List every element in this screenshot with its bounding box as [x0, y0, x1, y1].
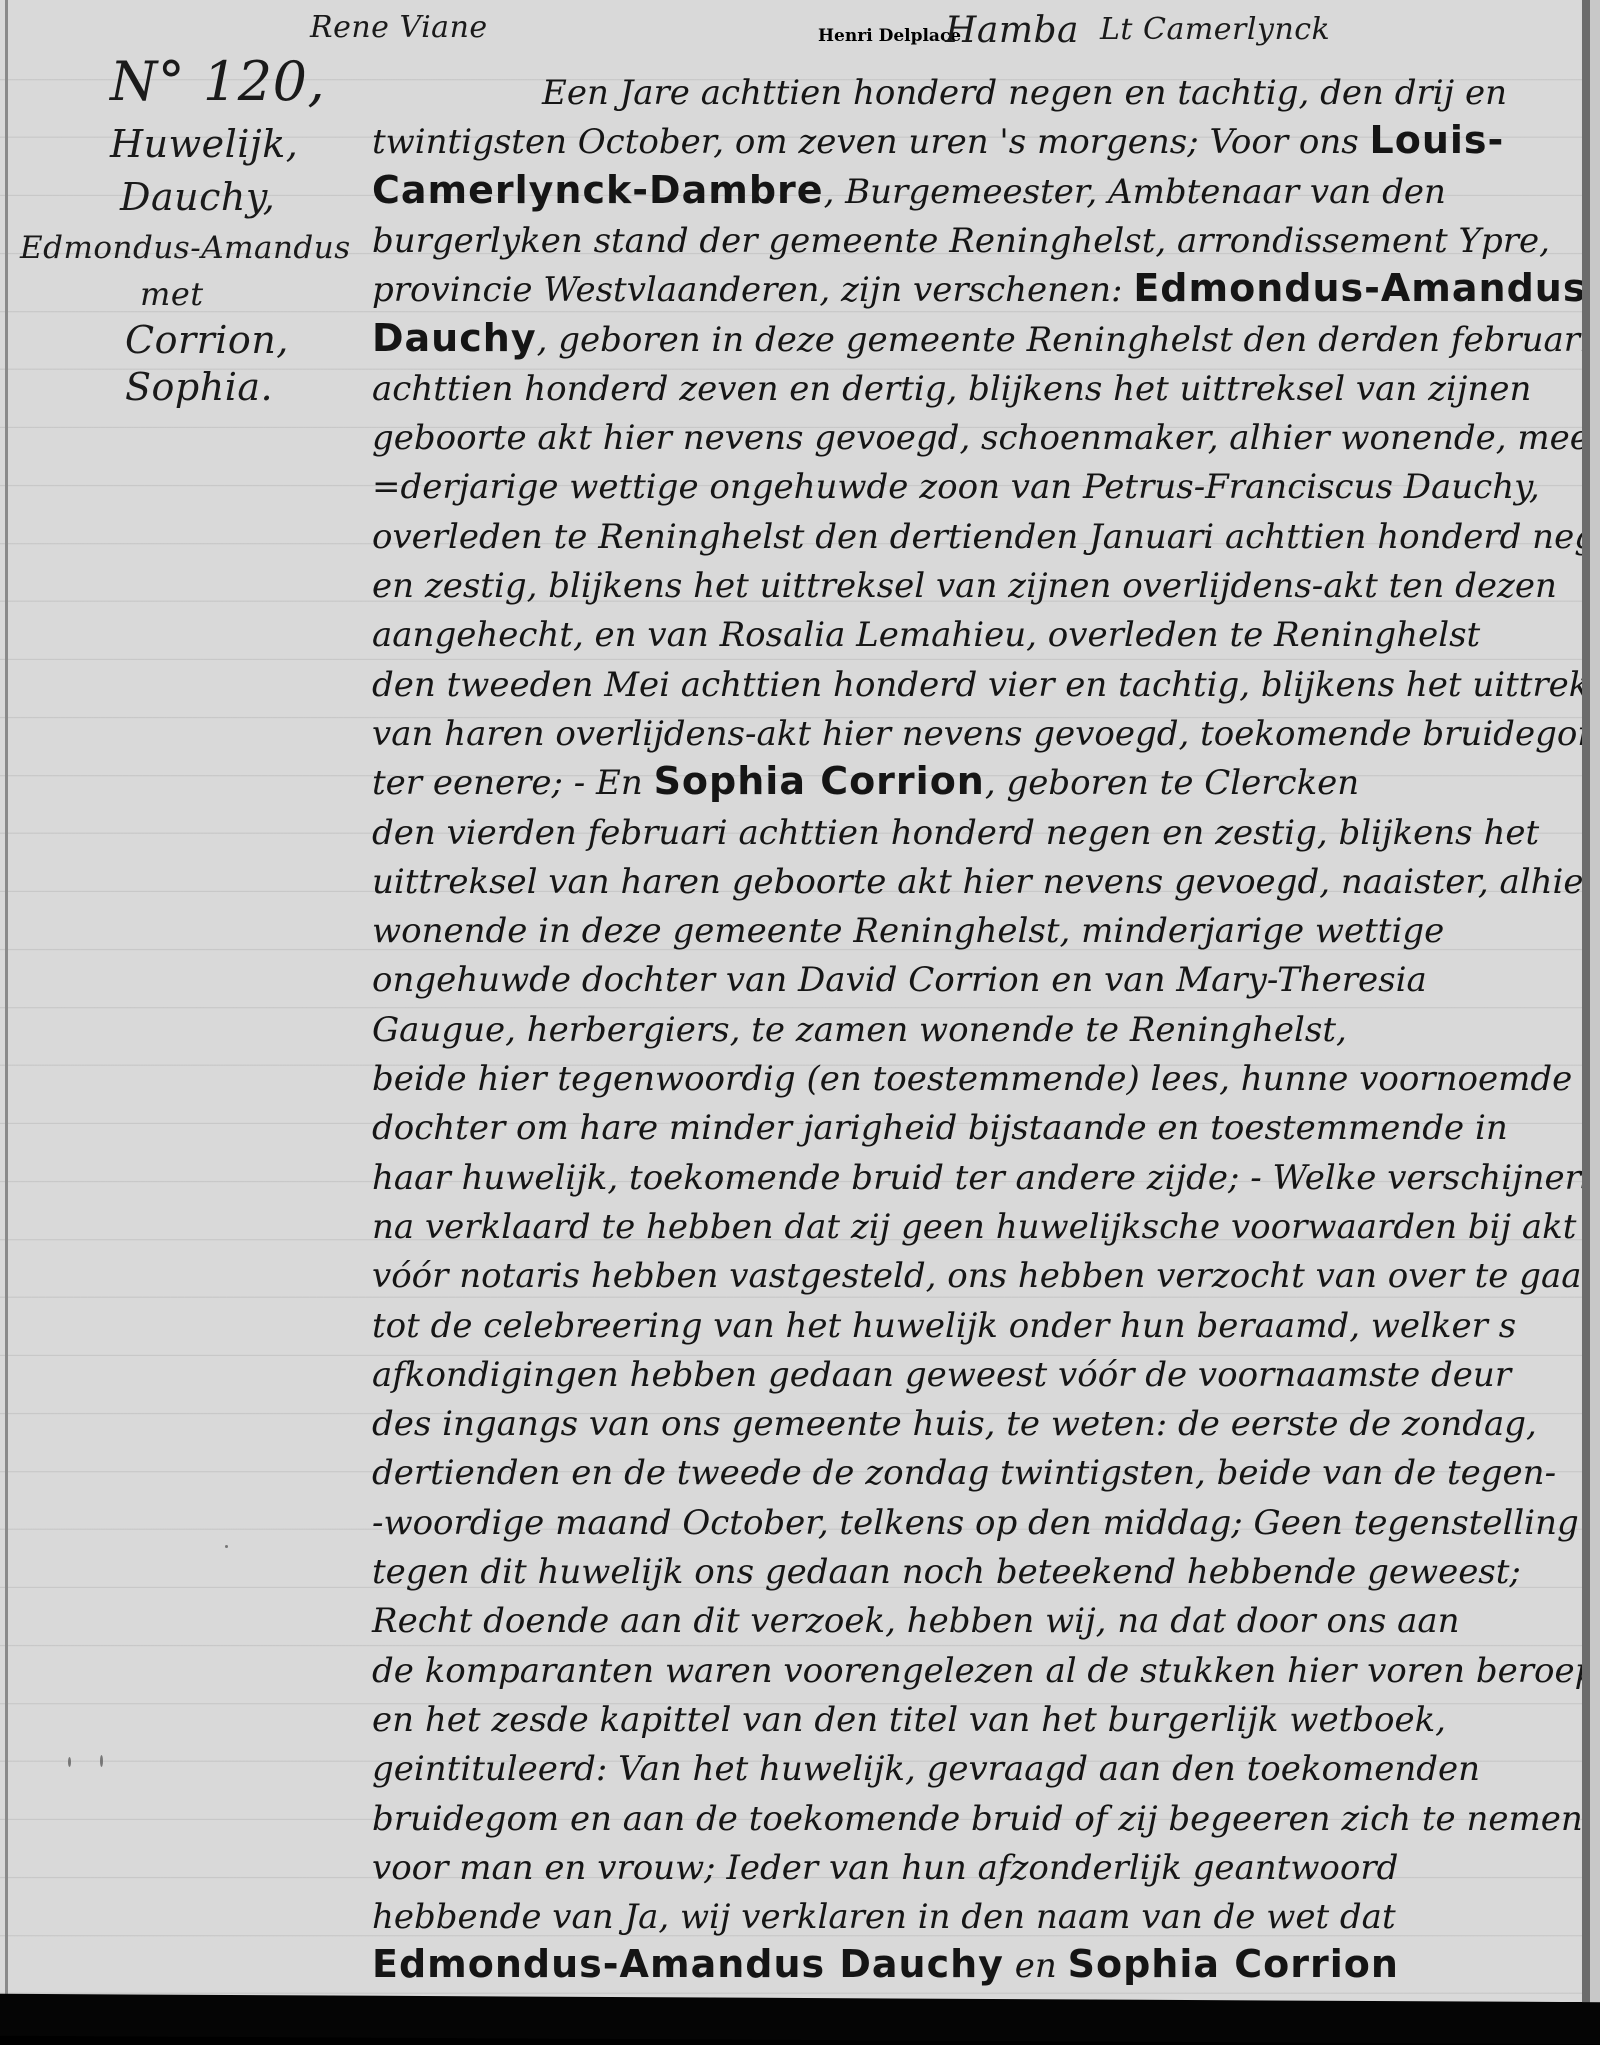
name-emphasis: Edmondus-Amandus: [1133, 266, 1586, 310]
name-emphasis: Louis-: [1370, 118, 1505, 162]
groom-given-names: Edmondus-Amandus: [20, 230, 351, 266]
name-emphasis: Dauchy: [372, 316, 537, 360]
text-segment: bruidegom en aan de toekomende bruid of …: [372, 1799, 1583, 1839]
signature-witness-1: Rene Viane: [310, 10, 488, 45]
record-title: Huwelijk,: [110, 122, 298, 166]
signature-witness-2: Henri Delplace: [818, 26, 961, 46]
text-segment: tegen dit huwelijk ons gedaan noch betee…: [372, 1552, 1521, 1592]
record-number: N° 120,: [110, 50, 325, 113]
text-segment: den vierden februari achttien honderd ne…: [372, 813, 1539, 853]
text-segment: ongehuwde dochter van David Corrion en v…: [372, 960, 1427, 1000]
text-segment: aangehecht, en van Rosalia Lemahieu, ove…: [372, 615, 1480, 655]
text-segment: den tweeden Mei achttien honderd vier en…: [372, 665, 1600, 705]
bride-given-name: Sophia.: [125, 365, 273, 409]
text-segment: geintituleerd: Van het huwelijk, gevraag…: [372, 1749, 1480, 1789]
text-segment: uittreksel van haren geboorte akt hier n…: [372, 862, 1600, 902]
text-segment: overleden te Reninghelst den dertienden …: [372, 517, 1600, 557]
adjacent-page-strip: [1590, 0, 1600, 2010]
text-segment: afkondigingen hebben gedaan geweest vóór…: [372, 1355, 1511, 1395]
name-emphasis: Camerlynck-Dambre: [372, 168, 824, 212]
groom-surname: Dauchy,: [120, 175, 275, 219]
text-segment: de komparanten waren voorengelezen al de…: [372, 1651, 1600, 1691]
right-page-edge: [1582, 0, 1590, 2010]
signature-witness-3: Hamba: [945, 10, 1079, 51]
text-segment: provincie Westvlaanderen, zijn verschene…: [372, 270, 1133, 310]
text-segment: des ingangs van ons gemeente huis, te we…: [372, 1404, 1537, 1444]
text-segment: Een Jare achttien honderd negen en tacht…: [542, 73, 1507, 113]
text-segment: na verklaard te hebben dat zij geen huwe…: [372, 1207, 1576, 1247]
paper-speck: [225, 1545, 228, 1548]
text-segment: van haren overlijdens-akt hier nevens ge…: [372, 714, 1600, 754]
text-segment: burgerlyken stand der gemeente Reninghel…: [372, 221, 1550, 261]
text-segment: wonende in deze gemeente Reninghelst, mi…: [372, 911, 1444, 951]
text-segment: tot de celebreering van het huwelijk ond…: [372, 1306, 1516, 1346]
scan-bottom-border: [0, 1994, 1600, 2040]
text-segment: =derjarige wettige ongehuwde zoon van Pe…: [372, 467, 1540, 507]
with-label: met: [140, 275, 204, 313]
ink-mark: [68, 1757, 71, 1767]
left-margin-rule: [5, 0, 8, 2002]
text-segment: dertienden en de tweede de zondag twinti…: [372, 1453, 1556, 1493]
text-segment: , geboren te Clercken: [985, 763, 1359, 803]
text-segment: , geboren in deze gemeente Reninghelst d…: [537, 320, 1591, 360]
text-segment: en: [1004, 1946, 1068, 1986]
text-segment: dochter om hare minder jarigheid bijstaa…: [372, 1108, 1508, 1148]
text-segment: en het zesde kapittel van den titel van …: [372, 1700, 1446, 1740]
bride-surname: Corrion,: [125, 318, 289, 362]
text-segment: beide hier tegenwoordig (en toestemmende…: [372, 1059, 1572, 1099]
text-segment: en zestig, blijkens het uittreksel van z…: [372, 566, 1557, 606]
text-segment: voor man en vrouw; Ieder van hun afzonde…: [372, 1848, 1398, 1888]
document-page: Rene Viane Henri Delplace Hamba Lt Camer…: [0, 0, 1582, 2002]
name-emphasis: Edmondus-Amandus Dauchy: [372, 1942, 1004, 1986]
text-segment: twintigsten October, om zeven uren 's mo…: [372, 122, 1370, 162]
name-emphasis: Sophia Corrion: [1068, 1942, 1399, 1986]
ink-mark: [100, 1755, 103, 1767]
text-segment: achttien honderd zeven en dertig, blijke…: [372, 369, 1531, 409]
text-segment: geboorte akt hier nevens gevoegd, schoen…: [372, 418, 1600, 458]
text-segment: vóór notaris hebben vastgesteld, ons heb…: [372, 1256, 1600, 1296]
text-segment: hebbende van Ja, wij verklaren in den na…: [372, 1897, 1396, 1937]
text-segment: Gaugue, herbergiers, te zamen wonende te…: [372, 1010, 1347, 1050]
signature-mayor: Lt Camerlynck: [1100, 12, 1330, 47]
text-segment: ter eenere; - En: [372, 763, 654, 803]
name-emphasis: Sophia Corrion: [654, 759, 985, 803]
text-segment: -woordige maand October, telkens op den …: [372, 1503, 1579, 1543]
text-segment: Recht doende aan dit verzoek, hebben wij…: [372, 1601, 1460, 1641]
text-segment: , Burgemeester, Ambtenaar van den: [824, 172, 1446, 212]
text-segment: haar huwelijk, toekomende bruid ter ande…: [372, 1158, 1598, 1198]
